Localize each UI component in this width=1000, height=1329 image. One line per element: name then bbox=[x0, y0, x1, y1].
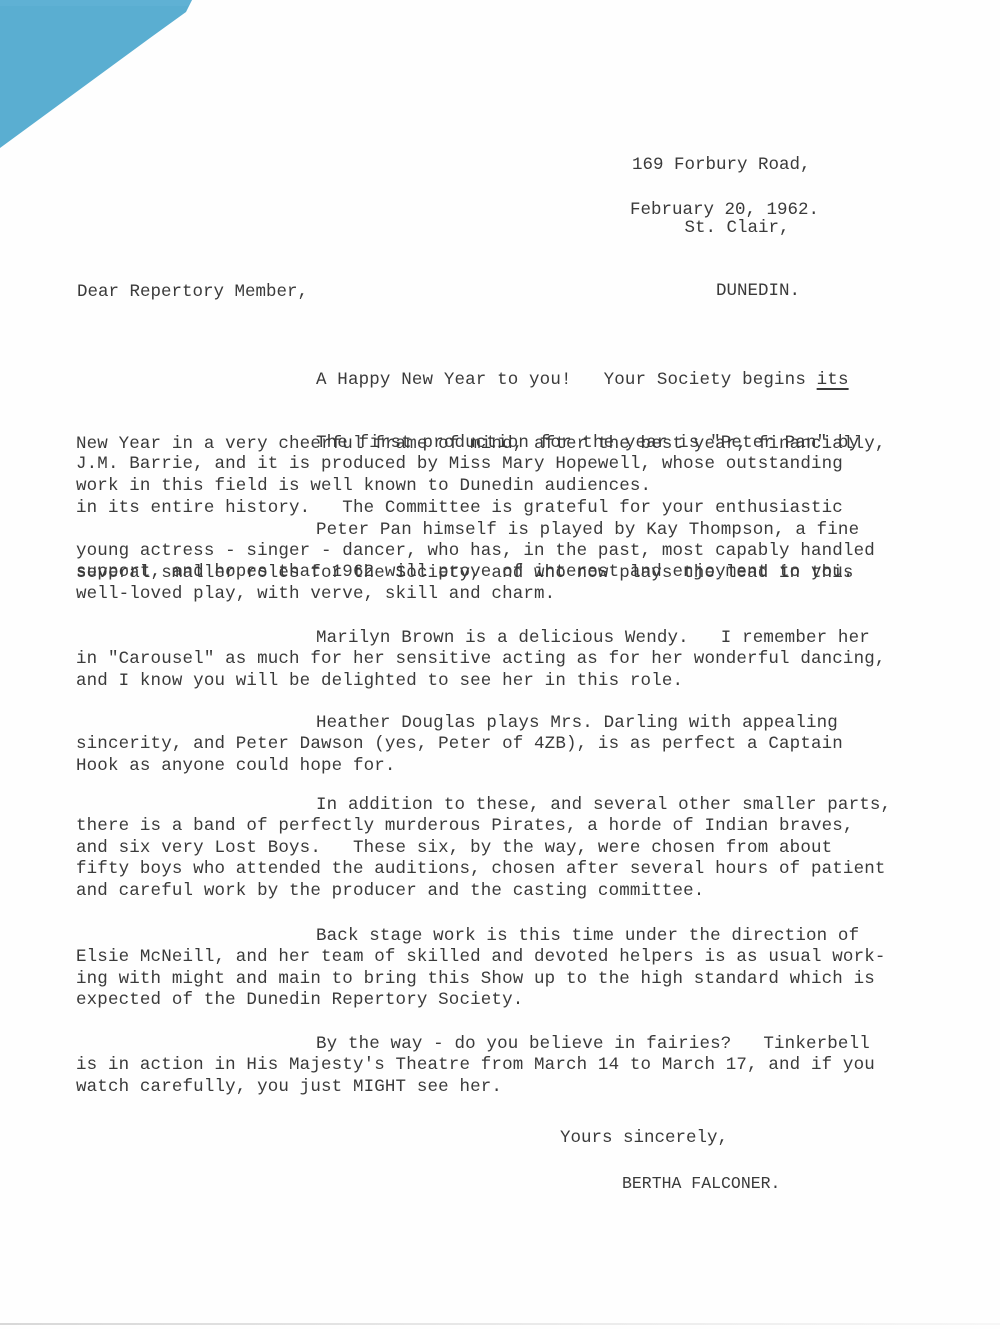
paragraph-line: and six very Lost Boys. These six, by th… bbox=[76, 838, 891, 859]
paragraph-line: work in this field is well known to Dune… bbox=[76, 476, 859, 497]
paragraph-line: sincerity, and Peter Dawson (yes, Peter … bbox=[76, 734, 843, 755]
paragraph-line: Elsie McNeill, and her team of skilled a… bbox=[76, 947, 886, 968]
paragraph-line: A Happy New Year to you! Your Society be… bbox=[76, 370, 886, 391]
paragraph-line: ing with might and main to bring this Sh… bbox=[76, 969, 886, 990]
address-line-2: St. Clair, bbox=[632, 218, 811, 239]
paragraph-pirates-lost-boys: In addition to these, and several other … bbox=[76, 795, 891, 902]
paragraph-line: Marilyn Brown is a delicious Wendy. I re… bbox=[76, 628, 886, 649]
blue-card-corner bbox=[0, 0, 200, 160]
paragraph-mrs-darling-hook: Heather Douglas plays Mrs. Darling with … bbox=[76, 713, 843, 777]
salutation: Dear Repertory Member, bbox=[77, 282, 308, 302]
address-line-3: DUNEDIN. bbox=[632, 281, 811, 302]
paragraph-line: J.M. Barrie, and it is produced by Miss … bbox=[76, 454, 859, 475]
underlined-word: its bbox=[817, 370, 849, 390]
paragraph-wendy: Marilyn Brown is a delicious Wendy. I re… bbox=[76, 628, 886, 692]
paragraph-line: By the way - do you believe in fairies? … bbox=[76, 1034, 875, 1055]
paragraph-line: Hook as anyone could hope for. bbox=[76, 756, 843, 777]
paragraph-line: Peter Pan himself is played by Kay Thomp… bbox=[76, 520, 875, 541]
paragraph-line: well-loved play, with verve, skill and c… bbox=[76, 584, 875, 605]
signature: BERTHA FALCONER. bbox=[622, 1174, 780, 1193]
paragraph-line: several smaller roles for the Society, a… bbox=[76, 563, 875, 584]
paragraph-backstage: Back stage work is this time under the d… bbox=[76, 926, 886, 1012]
closing: Yours sincerely, bbox=[560, 1128, 728, 1148]
paragraph-line: in its entire history. The Committee is … bbox=[76, 498, 886, 519]
paragraph-line: fifty boys who attended the auditions, c… bbox=[76, 859, 891, 880]
paragraph-line: In addition to these, and several other … bbox=[76, 795, 891, 816]
letter-date: February 20, 1962. bbox=[630, 200, 819, 220]
page-edge bbox=[0, 1323, 1000, 1325]
paragraph-line: Back stage work is this time under the d… bbox=[76, 926, 886, 947]
paragraph-peter-pan-cast: Peter Pan himself is played by Kay Thomp… bbox=[76, 520, 875, 606]
paragraph-line: Heather Douglas plays Mrs. Darling with … bbox=[76, 713, 843, 734]
paragraph-tinkerbell: By the way - do you believe in fairies? … bbox=[76, 1034, 875, 1098]
paragraph-line: is in action in His Majesty's Theatre fr… bbox=[76, 1055, 875, 1076]
paragraph-line: The first production for the year is "Pe… bbox=[76, 433, 859, 454]
paragraph-line: there is a band of perfectly murderous P… bbox=[76, 816, 891, 837]
paragraph-line: and I know you will be delighted to see … bbox=[76, 671, 886, 692]
paragraph-first-production: The first production for the year is "Pe… bbox=[76, 433, 859, 497]
paragraph-line: expected of the Dunedin Repertory Societ… bbox=[76, 990, 886, 1011]
paragraph-line: and careful work by the producer and the… bbox=[76, 881, 891, 902]
paragraph-line: in "Carousel" as much for her sensitive … bbox=[76, 649, 886, 670]
paragraph-line: young actress - singer - dancer, who has… bbox=[76, 541, 875, 562]
address-line-1: 169 Forbury Road, bbox=[632, 155, 811, 176]
paragraph-line: watch carefully, you just MIGHT see her. bbox=[76, 1077, 875, 1098]
